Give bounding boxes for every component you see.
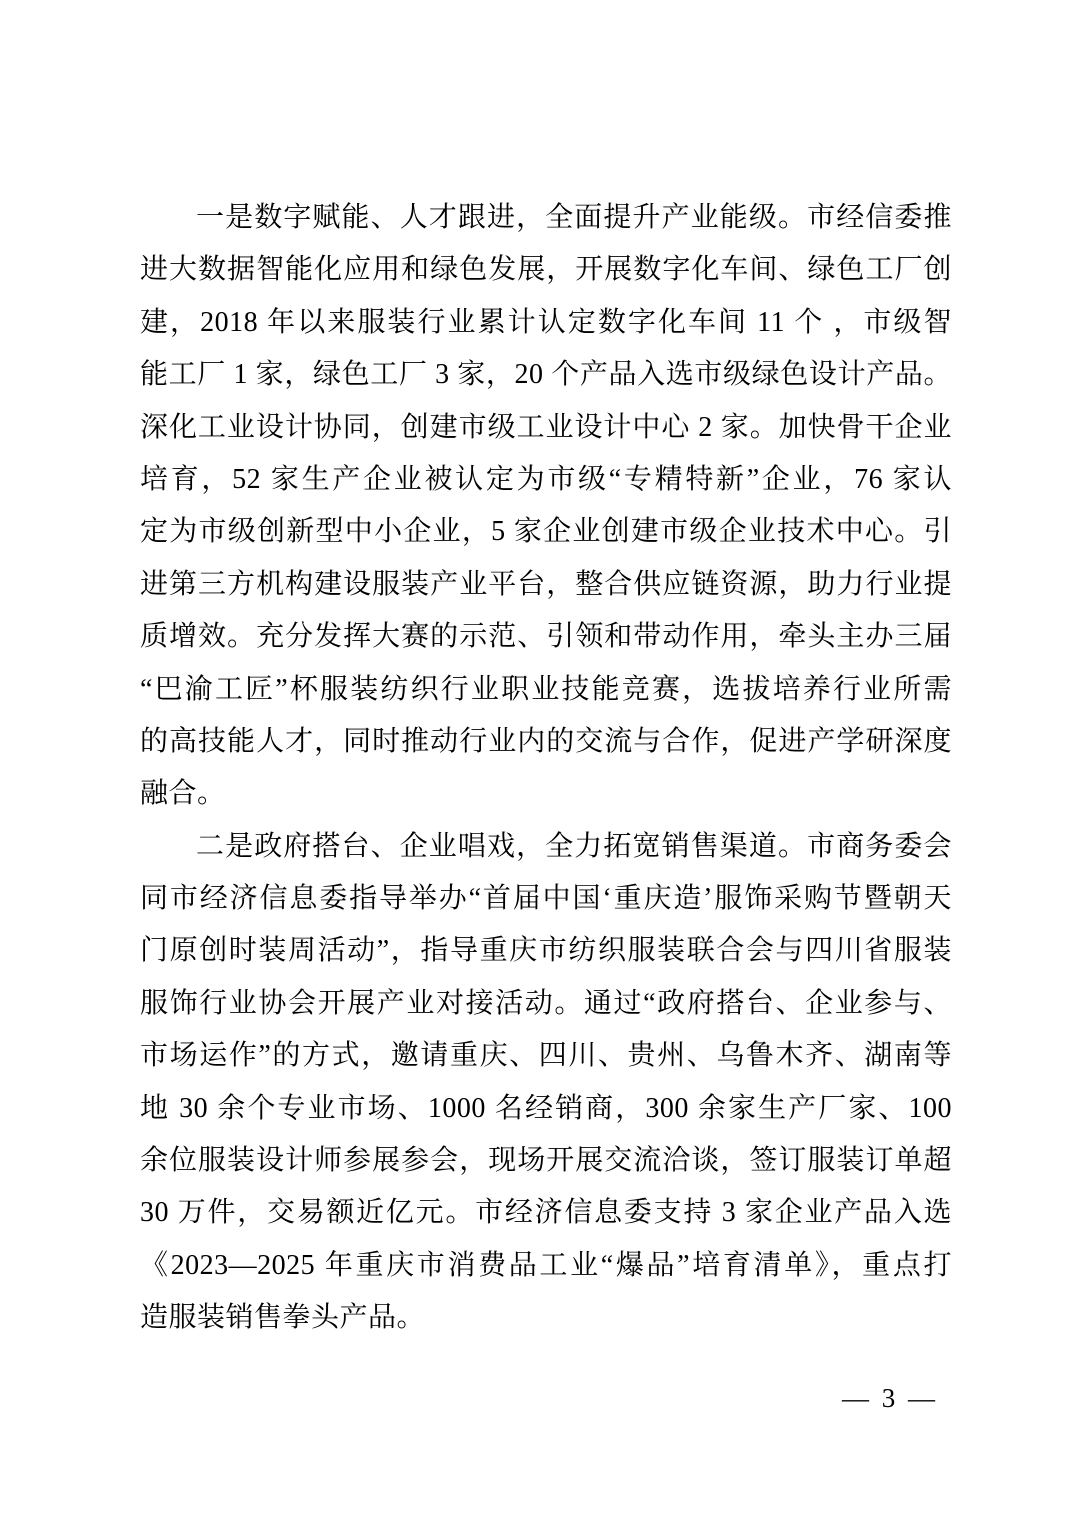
text-line: 深化工业设计协同，创建市级工业设计中心 2 家。加快骨干企业 — [140, 402, 952, 454]
text-line: 地 30 余个专业市场、1000 名经销商，300 余家生产厂家、100 — [140, 1083, 952, 1135]
text-line: 一是数字赋能、人才跟进，全面提升产业能级。市经信委推 — [140, 192, 952, 244]
text-line: 质增效。充分发挥大赛的示范、引领和带动作用，牵头主办三届 — [140, 611, 952, 663]
text-line: 融合。 — [140, 768, 952, 820]
document-page: 一是数字赋能、人才跟进，全面提升产业能级。市经信委推进大数据智能化应用和绿色发展… — [0, 0, 1074, 1520]
text-line: 的高技能人才，同时推动行业内的交流与合作，促进产学研深度 — [140, 716, 952, 768]
text-line: 定为市级创新型中小企业，5 家企业创建市级企业技术中心。引 — [140, 506, 952, 558]
text-line: 《2023—2025 年重庆市消费品工业“爆品”培育清单》，重点打 — [140, 1240, 952, 1292]
text-line: 能工厂 1 家，绿色工厂 3 家，20 个产品入选市级绿色设计产品。 — [140, 349, 952, 401]
text-line: 余位服装设计师参展参会，现场开展交流洽谈，签订服装订单超 — [140, 1135, 952, 1187]
text-line: 培育，52 家生产企业被认定为市级“专精特新”企业，76 家认 — [140, 454, 952, 506]
text-line: 建，2018 年以来服装行业累计认定数字化车间 11 个 ，市级智 — [140, 297, 952, 349]
text-line: 门原创时装周活动”，指导重庆市纺织服装联合会与四川省服装 — [140, 925, 952, 977]
document-body: 一是数字赋能、人才跟进，全面提升产业能级。市经信委推进大数据智能化应用和绿色发展… — [140, 192, 952, 1345]
text-line: 市场运作”的方式，邀请重庆、四川、贵州、乌鲁木齐、湖南等 — [140, 1030, 952, 1082]
text-line: “巴渝工匠”杯服装纺织行业职业技能竞赛，选拔培养行业所需 — [140, 664, 952, 716]
text-line: 服饰行业协会开展产业对接活动。通过“政府搭台、企业参与、 — [140, 978, 952, 1030]
text-line: 造服装销售拳头产品。 — [140, 1292, 952, 1344]
page-number: — 3 — — [842, 1383, 938, 1414]
text-line: 二是政府搭台、企业唱戏，全力拓宽销售渠道。市商务委会 — [140, 821, 952, 873]
text-line: 30 万件，交易额近亿元。市经济信息委支持 3 家企业产品入选 — [140, 1187, 952, 1239]
text-line: 进大数据智能化应用和绿色发展，开展数字化车间、绿色工厂创 — [140, 244, 952, 296]
text-line: 同市经济信息委指导举办“首届中国‘重庆造’服饰采购节暨朝天 — [140, 873, 952, 925]
text-line: 进第三方机构建设服装产业平台，整合供应链资源，助力行业提 — [140, 559, 952, 611]
